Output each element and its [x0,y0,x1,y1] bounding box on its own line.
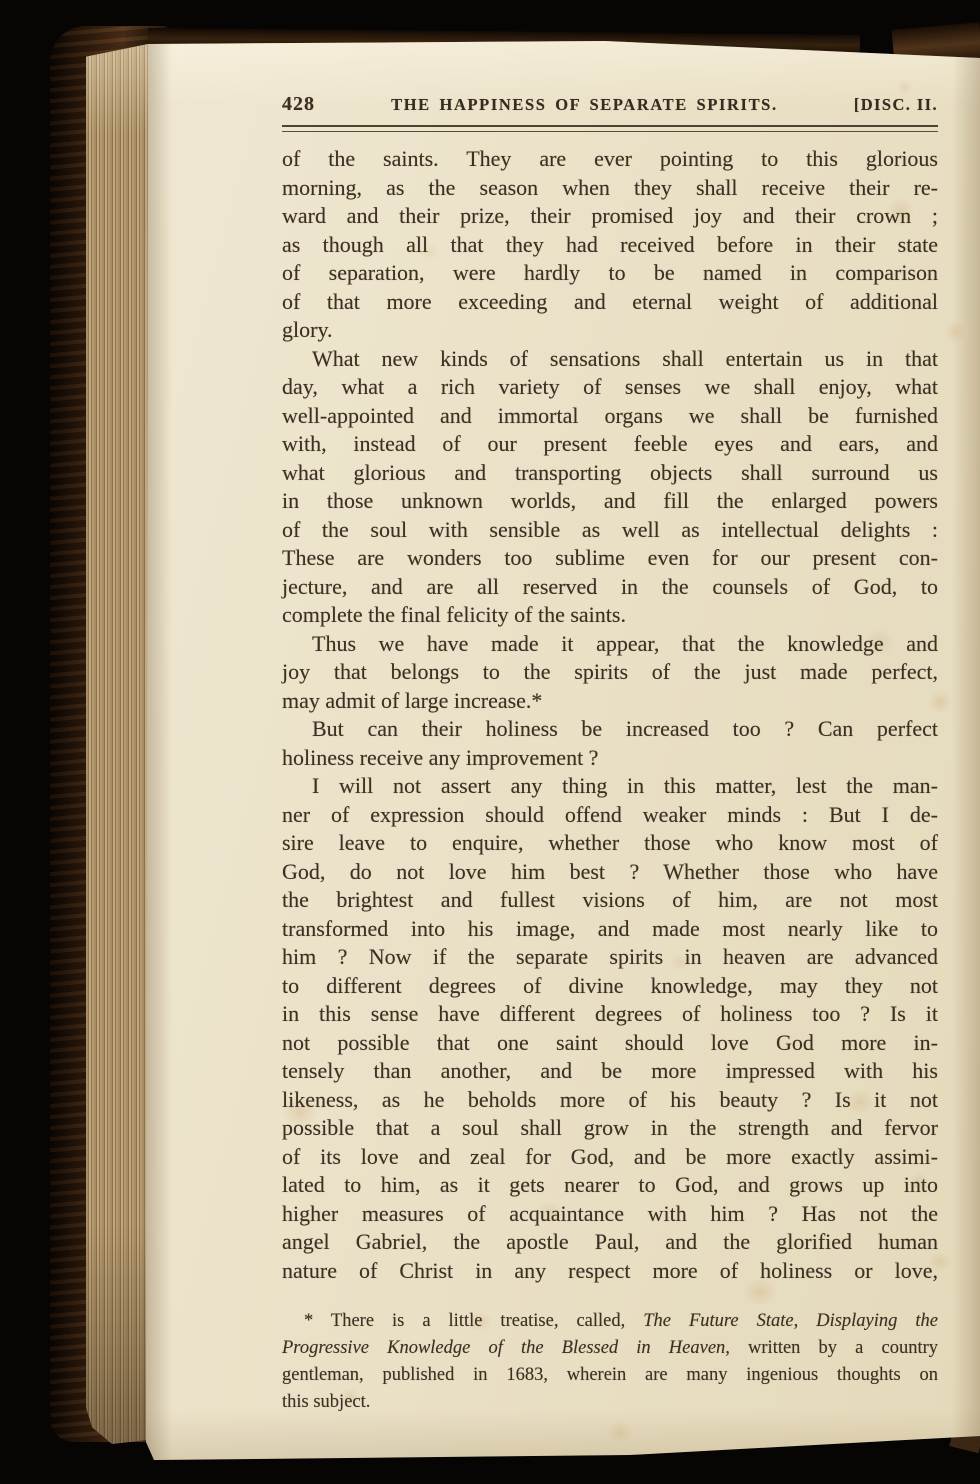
text-line: ner of expression should offend weaker m… [282,801,938,830]
paragraph: I will not assert any thing in this matt… [282,772,938,1285]
text-line: the brightest and fullest visions of him… [282,886,938,915]
text-line: of the saints. They are ever pointing to… [282,145,938,174]
text-line: well-appointed and immortal organs we sh… [282,402,938,431]
text-line: These are wonders too sublime even for o… [282,544,938,573]
page-header: 428 THE HAPPINESS OF SEPARATE SPIRITS. [… [282,93,938,116]
text-line: glory. [282,316,938,345]
text-line: joy that belongs to the spirits of the j… [282,658,938,687]
text-line: in those unknown worlds, and fill the en… [282,487,938,516]
text-line: higher measures of acquaintance with him… [282,1200,938,1229]
text-line: of the soul with sensible as well as int… [282,516,938,545]
footnote-line: * There is a little treatise, called, Th… [282,1308,938,1335]
paragraph: of the saints. They are ever pointing to… [282,145,938,345]
text-line: holiness receive any improvement ? [282,744,938,773]
text-line: of separation, were hardly to be named i… [282,259,938,288]
text-line: likeness, as he beholds more of his beau… [282,1086,938,1115]
text-line: I will not assert any thing in this matt… [282,772,938,801]
text-line: in this sense have different degrees of … [282,1000,938,1029]
text-line: with, instead of our present feeble eyes… [282,430,938,459]
text-line: not possible that one saint should love … [282,1029,938,1058]
text-line: God, do not love him best ? Whether thos… [282,858,938,887]
text-line: nature of Christ in any respect more of … [282,1257,938,1286]
footnote-text: gentleman, published in 1683, wherein ar… [282,1365,938,1385]
page-edges-stack [86,44,148,1444]
footnote-text: this subject. [282,1392,370,1412]
text-line: tensely than another, and be more impres… [282,1057,938,1086]
text-line: day, what a rich variety of senses we sh… [282,373,938,402]
footnote-line: gentleman, published in 1683, wherein ar… [282,1362,938,1389]
footnote-line: this subject. [282,1389,938,1416]
text-line: What new kinds of sensations shall enter… [282,345,938,374]
text-line: possible that a soul shall grow in the s… [282,1114,938,1143]
discourse-label: [DISC. II. [854,95,938,115]
photo-of-book-page: 428 THE HAPPINESS OF SEPARATE SPIRITS. [… [0,0,980,1484]
book-page: 428 THE HAPPINESS OF SEPARATE SPIRITS. [… [146,36,980,1464]
header-double-rule [282,125,938,132]
paragraph: Thus we have made it appear, that the kn… [282,630,938,716]
text-line: of that more exceeding and eternal weigh… [282,288,938,317]
paragraph: What new kinds of sensations shall enter… [282,345,938,630]
footnote: * There is a little treatise, called, Th… [282,1308,938,1416]
footnote-text: written by a country [730,1338,938,1358]
footnote-text: * There is a little treatise, called, [304,1311,643,1331]
page-body: of the saints. They are ever pointing to… [282,145,938,1285]
text-line: morning, as the season when they shall r… [282,174,938,203]
footnote-italic-title: The Future State, Displaying the [643,1311,938,1331]
text-line: what glorious and transporting objects s… [282,459,938,488]
paragraph: But can their holiness be increased too … [282,715,938,772]
text-line: lated to him, as it gets nearer to God, … [282,1171,938,1200]
text-line: may admit of large increase.* [282,687,938,716]
text-line: Thus we have made it appear, that the kn… [282,630,938,659]
page-content: 428 THE HAPPINESS OF SEPARATE SPIRITS. [… [282,36,938,1416]
text-line: ward and their prize, their promised joy… [282,202,938,231]
footnote-line: Progressive Knowledge of the Blessed in … [282,1335,938,1362]
text-line: as though all that they had received bef… [282,231,938,260]
text-line: him ? Now if the separate spirits in hea… [282,943,938,972]
text-line: But can their holiness be increased too … [282,715,938,744]
running-title: THE HAPPINESS OF SEPARATE SPIRITS. [315,95,854,115]
text-line: jecture, and are all reserved in the cou… [282,573,938,602]
text-line: angel Gabriel, the apostle Paul, and the… [282,1228,938,1257]
text-line: of its love and zeal for God, and be mor… [282,1143,938,1172]
footnote-italic-title: Progressive Knowledge of the Blessed in … [282,1338,730,1358]
text-line: complete the final felicity of the saint… [282,601,938,630]
page-number: 428 [282,93,315,116]
text-line: sire leave to enquire, whether those who… [282,829,938,858]
text-line: transformed into his image, and made mos… [282,915,938,944]
text-line: to different degrees of divine knowledge… [282,972,938,1001]
